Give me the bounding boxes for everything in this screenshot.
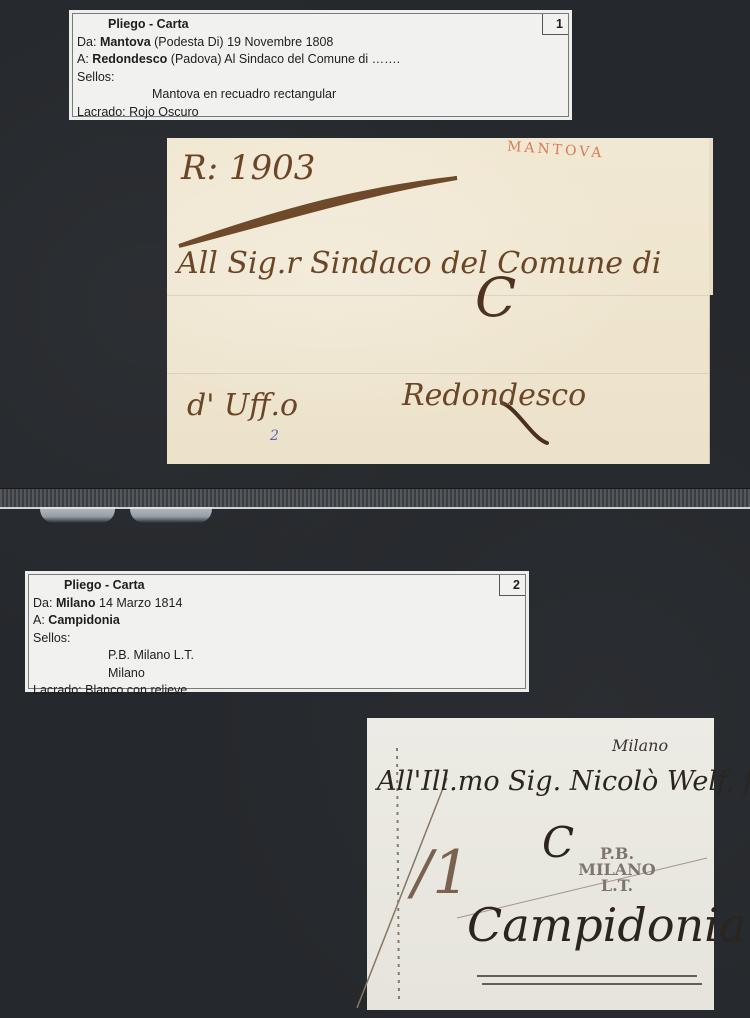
entry-title: Pliego - Carta (33, 577, 521, 595)
blue-mark: 2 (270, 428, 279, 444)
to-place: Redondesco (92, 52, 167, 66)
to-place: Campidonia (48, 613, 120, 627)
letter-1-image: R: 1903 All Sig.r Sindaco del Comune di … (167, 138, 710, 464)
entry-2-label: 2 Pliego - Carta Da: Milano 14 Marzo 181… (28, 574, 526, 689)
address-line: All Sig.r Sindaco del Comune di (177, 246, 661, 281)
rate-mark: /1 (412, 838, 470, 908)
sello-item: Mantova en recuadro rectangular (77, 86, 564, 104)
glare (40, 507, 115, 523)
sello-item: Milano (33, 665, 521, 683)
sello-item: P.B. Milano L.T. (33, 647, 521, 665)
big-c-mark: C (475, 266, 516, 329)
to-line: A: Redondesco (Padova) Al Sindaco del Co… (77, 51, 564, 69)
milano-script-stamp: Milano (612, 736, 668, 755)
sellos-label: Sellos: (33, 630, 521, 648)
to-line: A: Campidonia (33, 612, 521, 630)
address-line: All'Ill.mo Sig. Nicolò Welf, fig: (377, 766, 750, 797)
from-line: Da: Mantova (Podesta Di) 19 Novembre 180… (77, 34, 564, 52)
destination: Campidonia (467, 898, 746, 952)
letter-2-image: Milano All'Ill.mo Sig. Nicolò Welf, fig:… (367, 718, 714, 1010)
entry-number: 1 (542, 14, 568, 35)
album-strip-divider (0, 488, 750, 509)
entry-1-label: 1 Pliego - Carta Da: Mantova (Podesta Di… (72, 13, 569, 117)
entry-title: Pliego - Carta (77, 16, 564, 34)
entry-number: 2 (499, 575, 525, 596)
lacrado-line: Lacrado: Rojo Oscuro (77, 104, 564, 122)
from-line: Da: Milano 14 Marzo 1814 (33, 595, 521, 613)
from-place: Milano (56, 596, 96, 610)
sellos-label: Sellos: (77, 69, 564, 87)
lacrado-line: Lacrado: Blanco con relieve (33, 682, 521, 700)
bottom-left-note: d' Uff.o (187, 388, 298, 423)
from-place: Mantova (100, 35, 151, 49)
glare (130, 507, 212, 523)
pb-milano-lt-stamp: P.B. MILANO L.T. (557, 846, 677, 894)
destination: Redondesco (402, 378, 586, 413)
reference-number: R: 1903 (181, 148, 315, 188)
